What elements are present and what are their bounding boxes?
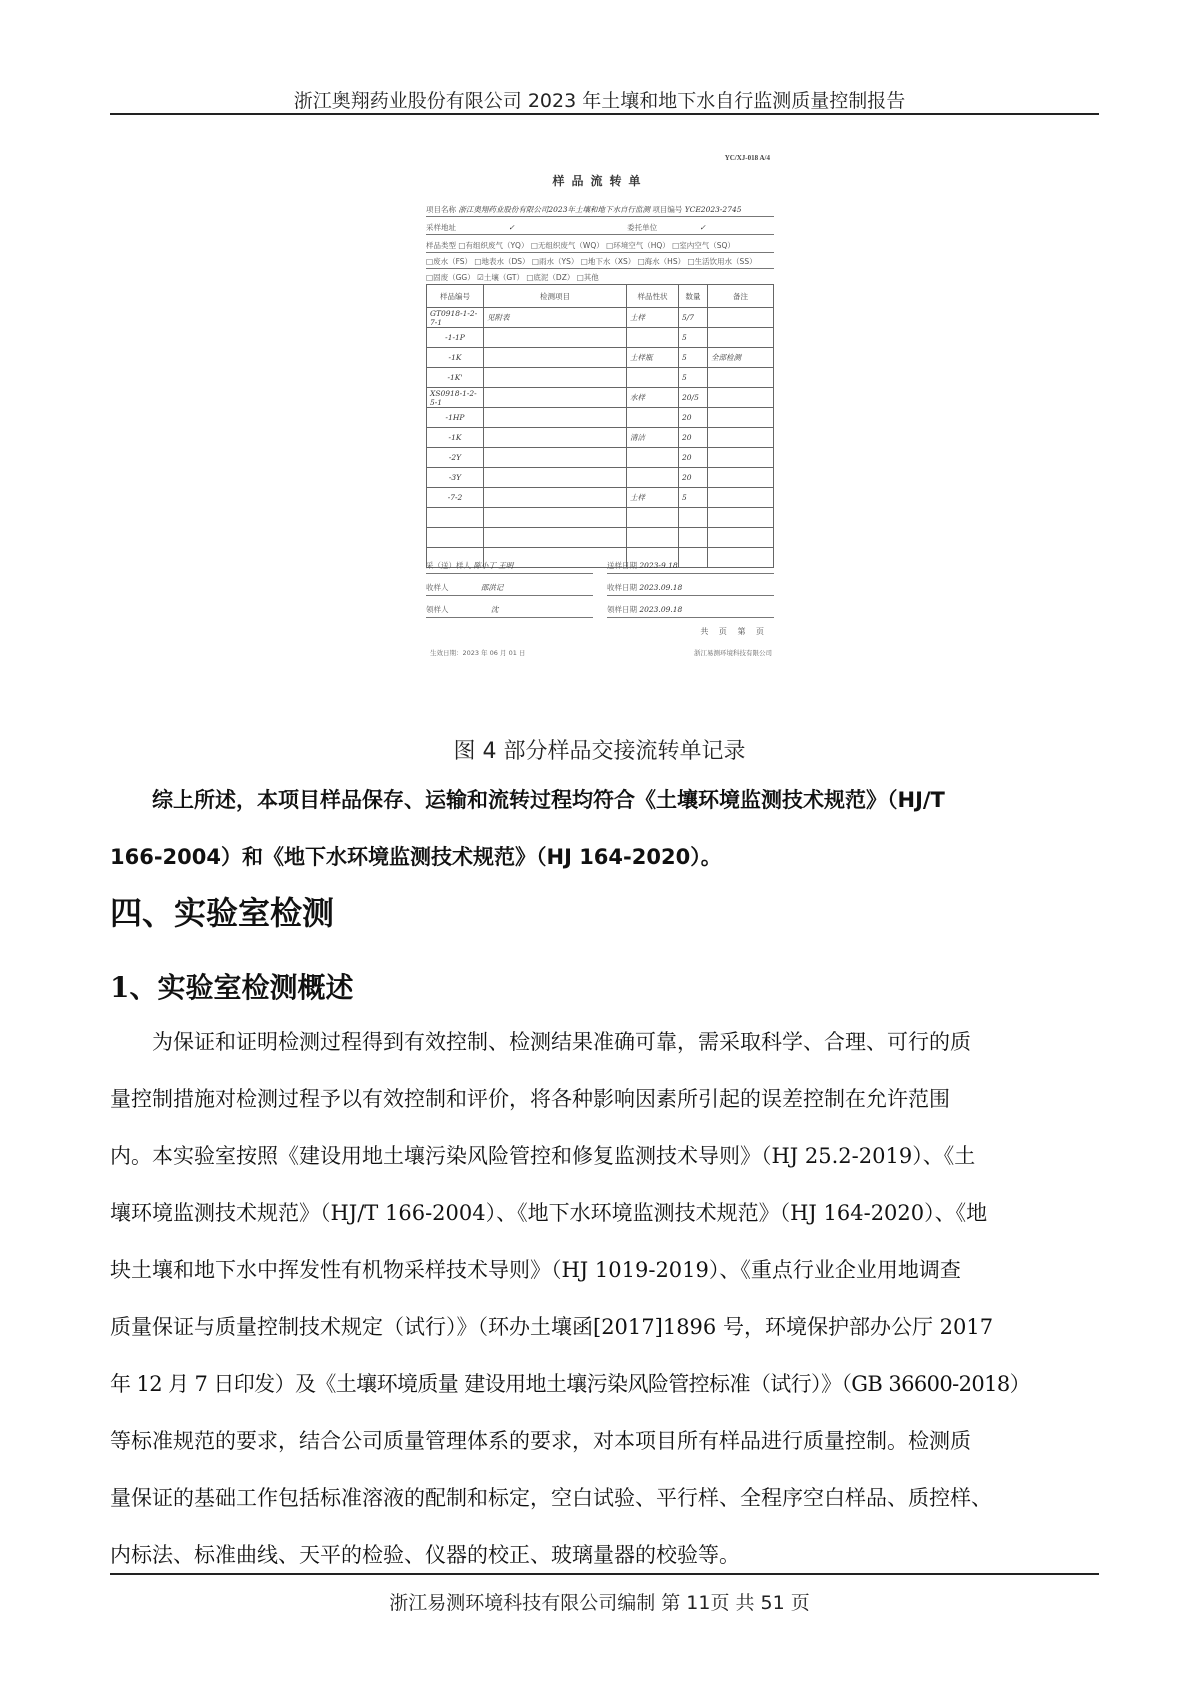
- body-line: 年 12 月 7 日印发）及《土壤环境质量 建设用地土壤污染风险管控标准（试行）…: [110, 1356, 1100, 1413]
- form-table-cell: [627, 468, 679, 488]
- collect-date-value: 2023.09.18: [639, 605, 682, 614]
- form-table-cell: [484, 448, 627, 468]
- form-sample-type-row-2: □废水（FS） □地表水（DS） □雨水（YS） □地下水（XS） □海水（HS…: [426, 256, 774, 269]
- collector-value: 沈: [491, 605, 499, 614]
- form-table-cell: -1K: [427, 428, 484, 448]
- form-table-cell: 5: [679, 488, 708, 508]
- client-value: ✓: [699, 223, 705, 232]
- collect-date-label: 领样日期: [607, 605, 637, 614]
- form-table-cell: 土样瓶: [627, 348, 679, 368]
- form-table-cell: 5: [679, 368, 708, 388]
- form-table-cell: [484, 408, 627, 428]
- form-table-cell: 见附表: [484, 308, 627, 328]
- send-date-value: 2023-9.18: [639, 561, 677, 570]
- form-table-cell: 5: [679, 328, 708, 348]
- form-table-cell: 20: [679, 428, 708, 448]
- form-table-cell: [484, 388, 627, 408]
- form-table-row: -2Y20: [427, 448, 774, 468]
- form-table-cell: [484, 328, 627, 348]
- form-table-cell: [627, 528, 679, 548]
- sample-type-label: 样品类型: [426, 241, 456, 250]
- form-table-cell: [627, 508, 679, 528]
- form-table-cell: [679, 508, 708, 528]
- form-table-cell: 20/5: [679, 388, 708, 408]
- collector-label: 领样人: [426, 605, 449, 614]
- form-table-cell: -3Y: [427, 468, 484, 488]
- form-table-cell: [627, 368, 679, 388]
- col-remarks: 备注: [708, 285, 774, 308]
- col-quantity: 数量: [679, 285, 708, 308]
- body-line: 量保证的基础工作包括标准溶液的配制和标定，空白试验、平行样、全程序空白样品、质控…: [110, 1470, 1100, 1527]
- sample-types-row1: □有组织废气（YQ） □无组织废气（WQ） □环境空气（HQ） □室内空气（SQ…: [458, 241, 735, 250]
- sampling-address-label: 采样地址: [426, 223, 456, 232]
- form-table-cell: [484, 488, 627, 508]
- form-table-cell: [484, 508, 627, 528]
- body-line: 质量保证与质量控制技术规定（试行）》（环办土壤函[2017]1896 号，环境保…: [110, 1299, 1100, 1356]
- form-company: 浙江易测环境科技有限公司: [694, 648, 772, 657]
- body-line: 等标准规范的要求，结合公司质量管理体系的要求，对本项目所有样品进行质量控制。检测…: [110, 1413, 1100, 1470]
- form-table-cell: 土样: [627, 308, 679, 328]
- form-table-row: [427, 528, 774, 548]
- form-table-cell: 20: [679, 408, 708, 428]
- form-table-row: -1-1P5: [427, 328, 774, 348]
- form-table-cell: 水样: [627, 388, 679, 408]
- form-table-cell: [708, 528, 774, 548]
- receive-date-value: 2023.09.18: [639, 583, 682, 592]
- form-table-header: 样品编号 检测项目 样品性状 数量 备注: [427, 285, 774, 308]
- figure-caption: 图 4 部分样品交接流转单记录: [0, 734, 1199, 765]
- project-no-label: 项目编号: [652, 205, 682, 214]
- form-table-cell: [708, 468, 774, 488]
- form-table-cell: [708, 388, 774, 408]
- form-table-cell: 5/7: [679, 308, 708, 328]
- summary-paragraph: 综上所述，本项目样品保存、运输和流转过程均符合《土壤环境监测技术规范》（HJ/T…: [110, 772, 1100, 886]
- form-page-count: 共 页 第 页: [700, 626, 768, 637]
- form-title: 样品流转单: [422, 172, 778, 189]
- form-project-row: 项目名称 浙江奥翔药业股份有限公司2023年土壤和地下水自行监测 项目编号 YC…: [426, 204, 774, 217]
- client-label: 委托单位: [627, 223, 657, 232]
- form-table-cell: GT0918-1-2-7-1: [427, 308, 484, 328]
- form-table-row: -3Y20: [427, 468, 774, 488]
- form-table-row: XS0918-1-2-5-1水样20/5: [427, 388, 774, 408]
- form-effective-date: 生效日期：2023 年 06 月 01 日: [430, 648, 525, 657]
- body-line: 量控制措施对检测过程予以有效控制和评价，将各种影响因素所引起的误差控制在允许范围: [110, 1071, 1100, 1128]
- form-table-cell: -1-1P: [427, 328, 484, 348]
- form-sample-table: 样品编号 检测项目 样品性状 数量 备注 GT0918-1-2-7-1见附表土样…: [426, 284, 774, 568]
- form-table-cell: [484, 528, 627, 548]
- summary-line: 综上所述，本项目样品保存、运输和流转过程均符合《土壤环境监测技术规范》（HJ/T: [110, 772, 1100, 829]
- col-sample-id: 样品编号: [427, 285, 484, 308]
- subsection-heading: 1、实验室检测概述: [110, 966, 353, 1006]
- form-table-row: [427, 508, 774, 528]
- form-table-cell: [708, 328, 774, 348]
- form-table-cell: 全部检测: [708, 348, 774, 368]
- form-table-row: -1K清洁20: [427, 428, 774, 448]
- page-header-title: 浙江奥翔药业股份有限公司 2023 年土壤和地下水自行监测质量控制报告: [0, 86, 1199, 113]
- send-date-label: 送样日期: [607, 561, 637, 570]
- page-footer: 浙江易测环境科技有限公司编制 第 11页 共 51 页: [0, 1588, 1199, 1615]
- form-table-cell: -7-2: [427, 488, 484, 508]
- form-sample-type-row-1: 样品类型 □有组织废气（YQ） □无组织废气（WQ） □环境空气（HQ） □室内…: [426, 240, 774, 253]
- body-paragraph: 为保证和证明检测过程得到有效控制、检测结果准确可靠，需采取科学、合理、可行的质 …: [110, 1014, 1100, 1584]
- form-table-cell: [708, 448, 774, 468]
- footer-rule: [110, 1573, 1099, 1575]
- project-no-value: YCE2023-2745: [685, 205, 742, 214]
- sender-label: 采（送）样人: [426, 561, 471, 570]
- form-table-cell: [627, 328, 679, 348]
- sampling-address-value: ✓: [508, 223, 514, 232]
- form-table-cell: [708, 408, 774, 428]
- form-sample-type-row-3: □固废（GG） ☑土壤（GT） □底泥（DZ） □其他: [426, 272, 774, 284]
- form-table-cell: [708, 488, 774, 508]
- form-table-cell: [484, 368, 627, 388]
- body-line: 块土壤和地下水中挥发性有机物采样技术导则》（HJ 1019-2019）、《重点行…: [110, 1242, 1100, 1299]
- section-heading: 四、实验室检测: [110, 888, 334, 934]
- body-line: 为保证和证明检测过程得到有效控制、检测结果准确可靠，需采取科学、合理、可行的质: [110, 1014, 1100, 1071]
- form-table-cell: -1K': [427, 368, 484, 388]
- form-table-cell: [484, 428, 627, 448]
- body-line: 壤环境监测技术规范》（HJ/T 166-2004）、《地下水环境监测技术规范》（…: [110, 1185, 1100, 1242]
- form-address-row: 采样地址 ✓ 委托单位 ✓: [426, 222, 774, 235]
- form-table-cell: XS0918-1-2-5-1: [427, 388, 484, 408]
- form-collector-row: 领样人 沈 领样日期 2023.09.18: [426, 604, 774, 618]
- form-table-row: GT0918-1-2-7-1见附表土样5/7: [427, 308, 774, 328]
- form-table-row: -1K土样瓶5全部检测: [427, 348, 774, 368]
- form-table-cell: -1K: [427, 348, 484, 368]
- sample-transfer-form-image: YC/XJ-018 A/4 样品流转单 项目名称 浙江奥翔药业股份有限公司202…: [422, 148, 778, 718]
- form-table-cell: [679, 528, 708, 548]
- form-table-row: -1HP20: [427, 408, 774, 428]
- form-table-cell: -1HP: [427, 408, 484, 428]
- form-table-cell: [427, 528, 484, 548]
- project-name-label: 项目名称: [426, 205, 456, 214]
- col-sample-state: 样品性状: [627, 285, 679, 308]
- form-table-cell: [427, 508, 484, 528]
- receiver-label: 收样人: [426, 583, 449, 592]
- form-table-cell: [708, 508, 774, 528]
- form-table-cell: [484, 348, 627, 368]
- form-table-cell: 5: [679, 348, 708, 368]
- body-line: 内标法、标准曲线、天平的检验、仪器的校正、玻璃量器的校验等。: [110, 1527, 1100, 1584]
- form-table-cell: [627, 448, 679, 468]
- form-table-cell: [708, 428, 774, 448]
- form-table-cell: 土样: [627, 488, 679, 508]
- project-name-value: 浙江奥翔药业股份有限公司2023年土壤和地下水自行监测: [458, 205, 650, 214]
- form-table-cell: [708, 368, 774, 388]
- form-table-row: -1K'5: [427, 368, 774, 388]
- receive-date-label: 收样日期: [607, 583, 637, 592]
- form-code: YC/XJ-018 A/4: [725, 154, 770, 162]
- header-rule: [110, 113, 1099, 115]
- form-table-cell: 20: [679, 468, 708, 488]
- form-table-cell: [627, 408, 679, 428]
- form-table-cell: 20: [679, 448, 708, 468]
- form-table-cell: -2Y: [427, 448, 484, 468]
- sender-value: 陈小丁 王明: [473, 561, 513, 570]
- receiver-value: 邵洪记: [481, 583, 504, 592]
- body-line: 内。本实验室按照《建设用地土壤污染风险管控和修复监测技术导则》（HJ 25.2-…: [110, 1128, 1100, 1185]
- form-table-cell: [484, 468, 627, 488]
- col-test-item: 检测项目: [484, 285, 627, 308]
- form-sender-row: 采（送）样人 陈小丁 王明 送样日期 2023-9.18: [426, 560, 774, 574]
- form-table-row: -7-2土样5: [427, 488, 774, 508]
- form-receiver-row: 收样人 邵洪记 收样日期 2023.09.18: [426, 582, 774, 596]
- form-table-cell: 清洁: [627, 428, 679, 448]
- summary-line: 166-2004）和《地下水环境监测技术规范》（HJ 164-2020）。: [110, 829, 1100, 886]
- form-table-cell: [708, 308, 774, 328]
